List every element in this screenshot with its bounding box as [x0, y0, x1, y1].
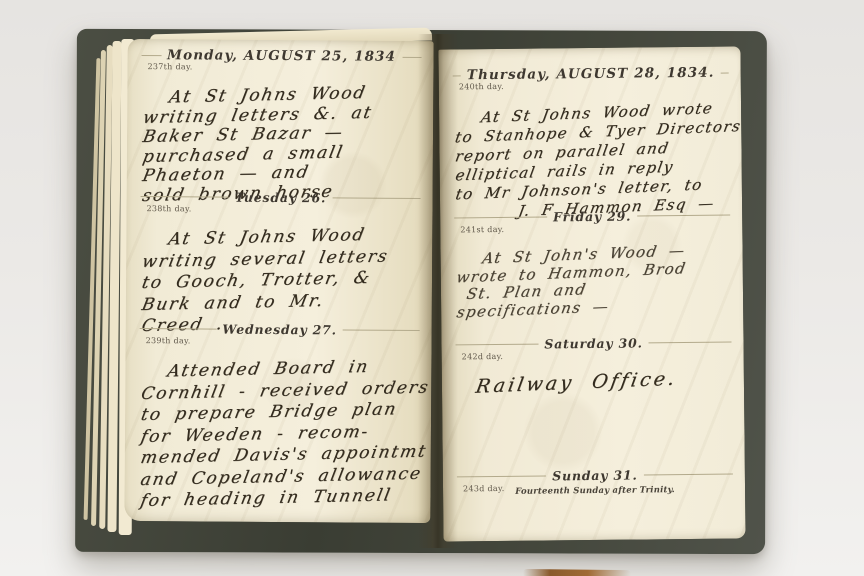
entry-header: Sunday 31.: [457, 467, 733, 485]
handwritten-entry: At St Johns Wood wrote to Stanhope & Tye…: [453, 107, 730, 224]
handwriting-line: Railway Office.: [456, 367, 737, 397]
header-rule-left: [140, 328, 217, 330]
diary-entry-tuesday-aug-26: Tuesday 26. 238th day. At St Johns Wood …: [140, 189, 421, 339]
cover-bottom-wear-mark: [523, 569, 631, 576]
entry-date-title: Friday 29.: [553, 209, 631, 225]
diary-entry-saturday-aug-30: Saturday 30. 242d day. Railway Office.: [455, 335, 732, 398]
header-rule-left: [142, 55, 162, 56]
diary-entry-wednesday-aug-27: Wednesday 27. 239th day. Attended Board …: [138, 321, 419, 514]
day-of-year-label: 243d day.: [463, 484, 505, 493]
header-rule-right: [402, 56, 422, 57]
day-of-year-label: 242d day.: [462, 352, 504, 361]
header-rule-right: [721, 72, 729, 73]
header-rule-left: [141, 196, 229, 198]
header-rule-right: [649, 342, 732, 344]
day-of-year-label: 238th day.: [146, 204, 191, 213]
entry-date-title: Saturday 30.: [544, 335, 643, 351]
header-rule-right: [644, 474, 733, 476]
diary-page-left: Monday, AUGUST 25, 1834 237th day. At St…: [124, 39, 433, 523]
handwritten-entry: Railway Office.: [456, 376, 732, 398]
diary-entry-thursday-aug-28: Thursday, AUGUST 28, 1834. 240th day. At…: [453, 65, 731, 224]
entry-header: Friday 29.: [454, 208, 730, 226]
header-rule-left: [456, 344, 539, 346]
entry-date-title: Monday, AUGUST 25, 1834: [167, 47, 396, 65]
header-rule-right: [637, 215, 730, 217]
header-rule-right: [343, 329, 420, 331]
header-rule-right: [332, 197, 420, 199]
entry-date-title: Tuesday 26.: [235, 190, 326, 206]
entry-header: Thursday, AUGUST 28, 1834.: [453, 65, 729, 84]
header-rule-left: [457, 475, 546, 477]
day-of-year-label: 237th day.: [147, 62, 192, 71]
header-rule-left: [454, 216, 547, 218]
diary-entry-sunday-aug-31: Sunday 31. 243d day. Fourteenth Sunday a…: [457, 467, 733, 498]
day-of-year-label: 241st day.: [460, 225, 504, 234]
handwritten-entry: Attended Board in Cornhill - received or…: [138, 362, 419, 514]
day-of-year-label: 240th day.: [459, 82, 504, 91]
handwritten-entry: At St John's Wood — wrote to Hammon, Bro…: [455, 249, 732, 322]
diary-entry-friday-aug-29: Friday 29. 241st day. At St John's Wood …: [454, 208, 731, 322]
day-of-year-label: 239th day.: [146, 336, 191, 345]
photo-background: Monday, AUGUST 25, 1834 237th day. At St…: [0, 0, 864, 576]
entry-header: Saturday 30.: [455, 335, 731, 353]
diary-page-right: Thursday, AUGUST 28, 1834. 240th day. At…: [438, 46, 745, 541]
entry-date-title: Sunday 31.: [552, 468, 638, 484]
header-rule-left: [453, 75, 461, 76]
entry-date-title: Wednesday 27.: [222, 322, 337, 338]
entry-date-title: Thursday, AUGUST 28, 1834.: [467, 65, 715, 84]
diary-entry-monday-aug-25: Monday, AUGUST 25, 1834 237th day. At St…: [141, 47, 422, 208]
